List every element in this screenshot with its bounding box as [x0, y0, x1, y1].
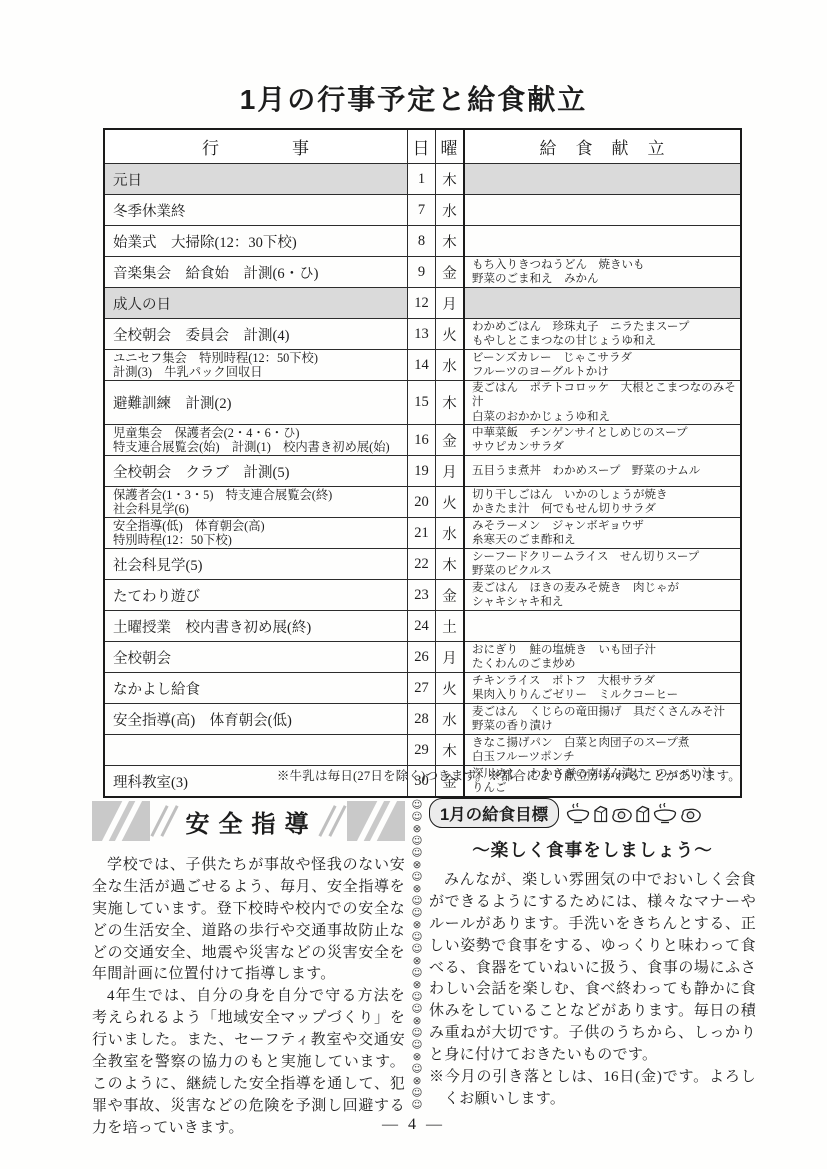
day-cell: 1: [408, 164, 436, 195]
crossed-circle-icon: ⊗: [413, 1015, 422, 1027]
event-cell: 保護者会(1・3・5) 特支連合展覧会(終)社会科見学(6): [104, 487, 408, 518]
weekday-cell: 土: [436, 611, 465, 642]
smiley-icon: ☺: [412, 991, 423, 1003]
event-cell: 全校朝会: [104, 642, 408, 673]
payment-note: ※今月の引き落としは、16日(金)です。よろしくお願いします。: [429, 1067, 756, 1111]
day-cell: 27: [408, 673, 436, 704]
table-row: 冬季休業終7水: [104, 195, 741, 226]
menu-cell: [464, 226, 741, 257]
menu-cell: もち入りきつねうどん 焼きいも野菜のごま和え みかん: [464, 257, 741, 288]
crossed-circle-icon: ⊗: [413, 919, 422, 931]
table-row: ユニセフ集会 特別時程(12：50下校)計測(3) 牛乳パック回収日14水ビーン…: [104, 350, 741, 381]
menu-cell: みそラーメン ジャンボギョウザ糸寒天のごま酢和え: [464, 518, 741, 549]
column-divider: ☺☺⊗☺☺⊗☺⊗☺☺⊗☺☺⊗☺⊗☺☺⊗☺☺⊗☺⊗☺☺: [405, 797, 429, 1140]
smiley-icon: ☺: [412, 871, 423, 883]
safety-paragraph-1: 学校では、子供たちが事故や怪我のない安全な生活が過ごせるよう、毎月、安全指導を実…: [92, 855, 405, 986]
menu-cell: シーフードクリームライス せん切りスープ野菜のピクルス: [464, 549, 741, 580]
weekday-cell: 火: [436, 319, 465, 350]
event-cell: 音楽集会 給食始 計測(6・ひ): [104, 257, 408, 288]
safety-banner: 安全指導: [92, 797, 405, 845]
day-cell: 20: [408, 487, 436, 518]
weekday-cell: 月: [436, 456, 465, 487]
event-cell: [104, 735, 408, 766]
lunch-goal-body: みんなが、楽しい雰囲気の中でおいしく会食ができるようにするためには、様々なマナー…: [429, 870, 756, 1067]
weekday-cell: 火: [436, 673, 465, 704]
header-weekday: 曜: [436, 129, 465, 164]
event-cell: 土曜授業 校内書き初め展(終): [104, 611, 408, 642]
table-row: 保護者会(1・3・5) 特支連合展覧会(終)社会科見学(6)20火切り干しごはん…: [104, 487, 741, 518]
table-row: 社会科見学(5)22木シーフードクリームライス せん切りスープ野菜のピクルス: [104, 549, 741, 580]
day-cell: 19: [408, 456, 436, 487]
weekday-cell: 木: [436, 164, 465, 195]
table-row: 安全指導(低) 体育朝会(高)特別時程(12：50下校)21水みそラーメン ジャ…: [104, 518, 741, 549]
day-cell: 24: [408, 611, 436, 642]
day-cell: 14: [408, 350, 436, 381]
smiley-icon: ☺: [412, 1087, 423, 1099]
day-cell: 22: [408, 549, 436, 580]
event-cell: 避難訓練 計測(2): [104, 381, 408, 425]
menu-cell: [464, 195, 741, 226]
diagonal-lines-right-icon: [326, 804, 339, 838]
table-row: 29木きなこ揚げパン 白菜と肉団子のスープ煮白玉フルーツポンチ: [104, 735, 741, 766]
page-number: — 4 —: [0, 1116, 827, 1134]
milk-carton-icon: [592, 804, 609, 824]
crossed-circle-icon: ⊗: [413, 1075, 422, 1087]
menu-cell: [464, 288, 741, 319]
event-cell: 安全指導(低) 体育朝会(高)特別時程(12：50下校): [104, 518, 408, 549]
smiley-icon: ☺: [412, 895, 423, 907]
event-cell: 元日: [104, 164, 408, 195]
day-cell: 23: [408, 580, 436, 611]
smiley-icon: ☺: [412, 835, 423, 847]
steaming-bowl-icon: [565, 803, 591, 824]
weekday-cell: 木: [436, 549, 465, 580]
event-cell: たてわり遊び: [104, 580, 408, 611]
steaming-bowl-icon: [652, 803, 678, 824]
menu-cell: 麦ごはん ポテトコロッケ 大根とこまつなのみそ汁白菜のおかかじょうゆ和え: [464, 381, 741, 425]
page-title: 1月の行事予定と給食献立: [0, 78, 827, 118]
weekday-cell: 月: [436, 288, 465, 319]
event-cell: 始業式 大掃除(12：30下校): [104, 226, 408, 257]
event-cell: 児童集会 保護者会(2・4・6・ひ)特支連合展覧会(始) 計測(1) 校内書き初…: [104, 425, 408, 456]
day-cell: 7: [408, 195, 436, 226]
crossed-circle-icon: ⊗: [413, 955, 422, 967]
event-cell: 冬季休業終: [104, 195, 408, 226]
day-cell: 29: [408, 735, 436, 766]
table-header-row: 行 事 日 曜 給 食 献 立: [104, 129, 741, 164]
menu-cell: [464, 164, 741, 195]
table-row: 音楽集会 給食始 計測(6・ひ)9金もち入りきつねうどん 焼きいも野菜のごま和え…: [104, 257, 741, 288]
diagonal-stripe-block-right-icon: [347, 801, 405, 841]
menu-cell: わかめごはん 珍珠丸子 ニラたまスープもやしとこまつなの甘じょうゆ和え: [464, 319, 741, 350]
weekday-cell: 水: [436, 350, 465, 381]
schedule-table-head: 行 事 日 曜 給 食 献 立: [104, 129, 741, 164]
table-row: なかよし給食27火チキンライス ポトフ 大根サラダ果肉入りりんごゼリー ミルクコ…: [104, 673, 741, 704]
crossed-circle-icon: ⊗: [413, 823, 422, 835]
menu-cell: おにぎり 鮭の塩焼き いも団子汁たくわんのごま炒め: [464, 642, 741, 673]
smiley-icon: ☺: [412, 1003, 423, 1015]
weekday-cell: 金: [436, 257, 465, 288]
event-cell: 成人の日: [104, 288, 408, 319]
table-row: 始業式 大掃除(12：30下校)8木: [104, 226, 741, 257]
newsletter-page: 1月の行事予定と給食献立 行 事 日 曜 給 食 献 立 元日1木冬季休業終7水…: [0, 0, 827, 1169]
menu-cell: チキンライス ポトフ 大根サラダ果肉入りりんごゼリー ミルクコーヒー: [464, 673, 741, 704]
diagonal-lines-left-icon: [158, 804, 171, 838]
table-row: 児童集会 保護者会(2・4・6・ひ)特支連合展覧会(始) 計測(1) 校内書き初…: [104, 425, 741, 456]
safety-section: 安全指導 学校では、子供たちが事故や怪我のない安全な生活が過ごせるよう、毎月、安…: [92, 797, 405, 1140]
milk-carton-icon: [634, 804, 651, 824]
day-cell: 16: [408, 425, 436, 456]
weekday-cell: 水: [436, 195, 465, 226]
crossed-circle-icon: ⊗: [413, 883, 422, 895]
lunch-goal-section: 1月の給食目標 ～楽しく食事をしましょう～ みんなが、楽しい雰囲気の中でおいしく…: [429, 797, 756, 1140]
day-cell: 9: [408, 257, 436, 288]
header-menu: 給 食 献 立: [464, 129, 741, 164]
table-row: 全校朝会 委員会 計測(4)13火わかめごはん 珍珠丸子 ニラたまスープもやしと…: [104, 319, 741, 350]
table-row: 全校朝会 クラブ 計測(5)19月五目うま煮丼 わかめスープ 野菜のナムル: [104, 456, 741, 487]
menu-cell: 麦ごはん くじらの竜田揚げ 具だくさんみそ汁野菜の香り漬け: [464, 704, 741, 735]
smiley-icon: ☺: [412, 943, 423, 955]
fried-egg-icon: [679, 807, 702, 824]
table-row: 土曜授業 校内書き初め展(終)24土: [104, 611, 741, 642]
event-cell: なかよし給食: [104, 673, 408, 704]
lunch-goal-badge: 1月の給食目標: [429, 798, 559, 828]
day-cell: 21: [408, 518, 436, 549]
event-cell: 安全指導(高) 体育朝会(低): [104, 704, 408, 735]
lower-section: 安全指導 学校では、子供たちが事故や怪我のない安全な生活が過ごせるよう、毎月、安…: [92, 797, 756, 1140]
weekday-cell: 金: [436, 580, 465, 611]
smiley-icon: ☺: [412, 1063, 423, 1075]
day-cell: 15: [408, 381, 436, 425]
smiley-icon: ☺: [412, 1027, 423, 1039]
weekday-cell: 水: [436, 704, 465, 735]
menu-cell: 切り干しごはん いかのしょうが焼きかきたま汁 何でもせん切りサラダ: [464, 487, 741, 518]
day-cell: 12: [408, 288, 436, 319]
smiley-icon: ☺: [412, 799, 423, 811]
menu-cell: 五目うま煮丼 わかめスープ 野菜のナムル: [464, 456, 741, 487]
weekday-cell: 金: [436, 425, 465, 456]
header-day: 日: [408, 129, 436, 164]
day-cell: 8: [408, 226, 436, 257]
smiley-icon: ☺: [412, 811, 423, 823]
lunch-goal-header: 1月の給食目標: [429, 797, 756, 829]
smiley-icon: ☺: [412, 1099, 423, 1111]
weekday-cell: 水: [436, 518, 465, 549]
table-row: 避難訓練 計測(2)15木麦ごはん ポテトコロッケ 大根とこまつなのみそ汁白菜の…: [104, 381, 741, 425]
weekday-cell: 木: [436, 735, 465, 766]
smiley-icon: ☺: [412, 1039, 423, 1051]
weekday-cell: 火: [436, 487, 465, 518]
crossed-circle-icon: ⊗: [413, 859, 422, 871]
lunch-goal-subtitle: ～楽しく食事をしましょう～: [429, 837, 756, 862]
menu-cell: [464, 611, 741, 642]
fried-egg-icon: [610, 807, 633, 824]
schedule-table-body: 元日1木冬季休業終7水始業式 大掃除(12：30下校)8木音楽集会 給食始 計測…: [104, 164, 741, 798]
day-cell: 26: [408, 642, 436, 673]
schedule-table: 行 事 日 曜 給 食 献 立 元日1木冬季休業終7水始業式 大掃除(12：30…: [103, 128, 742, 798]
smiley-icon: ☺: [412, 847, 423, 859]
table-row: たてわり遊び23金麦ごはん ほきの麦みそ焼き 肉じゃがシャキシャキ和え: [104, 580, 741, 611]
menu-cell: 中華菜飯 チンゲンサイとしめじのスープサウピカンサラダ: [464, 425, 741, 456]
table-row: 安全指導(高) 体育朝会(低)28水麦ごはん くじらの竜田揚げ 具だくさんみそ汁…: [104, 704, 741, 735]
table-row: 元日1木: [104, 164, 741, 195]
day-cell: 13: [408, 319, 436, 350]
event-cell: ユニセフ集会 特別時程(12：50下校)計測(3) 牛乳パック回収日: [104, 350, 408, 381]
milk-footnote: ※牛乳は毎日(27日を除く)つきます。※都合により献立がかわることがあります。: [277, 766, 741, 784]
weekday-cell: 木: [436, 226, 465, 257]
header-event: 行 事: [104, 129, 408, 164]
food-icons-row: [565, 803, 702, 824]
menu-cell: 麦ごはん ほきの麦みそ焼き 肉じゃがシャキシャキ和え: [464, 580, 741, 611]
menu-cell: ビーンズカレー じゃこサラダフルーツのヨーグルトかけ: [464, 350, 741, 381]
table-row: 全校朝会26月おにぎり 鮭の塩焼き いも団子汁たくわんのごま炒め: [104, 642, 741, 673]
crossed-circle-icon: ⊗: [413, 979, 422, 991]
crossed-circle-icon: ⊗: [413, 1051, 422, 1063]
weekday-cell: 木: [436, 381, 465, 425]
event-cell: 全校朝会 クラブ 計測(5): [104, 456, 408, 487]
smiley-icon: ☺: [412, 931, 423, 943]
table-row: 成人の日12月: [104, 288, 741, 319]
event-cell: 全校朝会 委員会 計測(4): [104, 319, 408, 350]
day-cell: 28: [408, 704, 436, 735]
smiley-icon: ☺: [412, 907, 423, 919]
diagonal-stripe-block-left-icon: [92, 801, 150, 841]
menu-cell: きなこ揚げパン 白菜と肉団子のスープ煮白玉フルーツポンチ: [464, 735, 741, 766]
smiley-icon: ☺: [412, 967, 423, 979]
event-cell: 社会科見学(5): [104, 549, 408, 580]
safety-title: 安全指導: [180, 804, 318, 839]
weekday-cell: 月: [436, 642, 465, 673]
